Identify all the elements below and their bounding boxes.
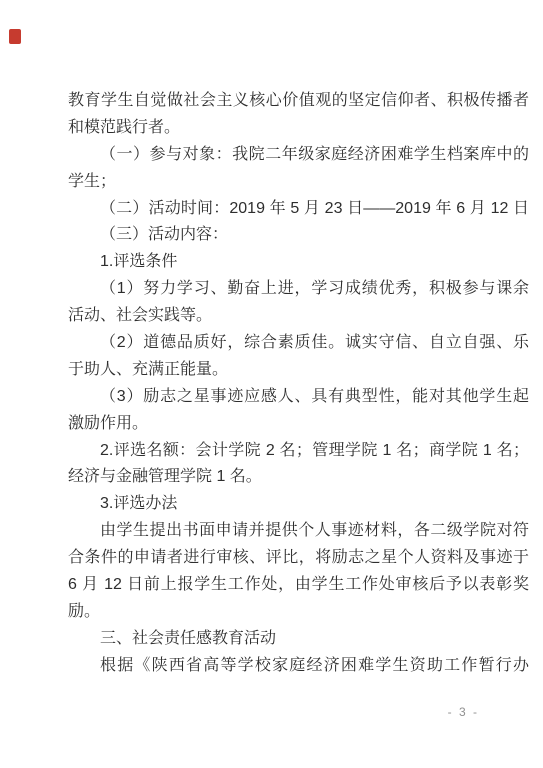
text-line: （1）努力学习、勤奋上进，学习成绩优秀，积极参与课余	[68, 276, 529, 303]
text-line: （2）道德品质好，综合素质佳。诚实守信、自立自强、乐	[68, 330, 529, 357]
text-line: 于助人、充满正能量。	[68, 357, 529, 384]
text-line: 学生；	[68, 169, 529, 196]
text-line: 2.评选名额：会计学院 2 名；管理学院 1 名；商学院 1 名；	[68, 438, 529, 465]
text-line: 激励作用。	[68, 411, 529, 438]
text-line: （一）参与对象：我院二年级家庭经济困难学生档案库中的	[68, 142, 529, 169]
text-line: 和模范践行者。	[68, 115, 529, 142]
text-line: 根据《陕西省高等学校家庭经济困难学生资助工作暂行办	[68, 653, 529, 680]
text-line: 1.评选条件	[68, 249, 529, 276]
document-body: 教育学生自觉做社会主义核心价值观的坚定信仰者、积极传播者 和模范践行者。 （一）…	[68, 88, 529, 680]
text-line: 由学生提出书面申请并提供个人事迹材料，各二级学院对符	[68, 518, 529, 545]
text-line: 活动、社会实践等。	[68, 303, 529, 330]
document-page: 教育学生自觉做社会主义核心价值观的坚定信仰者、积极传播者 和模范践行者。 （一）…	[0, 0, 543, 768]
section-heading: 三、社会责任感教育活动	[68, 626, 529, 653]
text-line: 教育学生自觉做社会主义核心价值观的坚定信仰者、积极传播者	[68, 88, 529, 115]
text-line: 6 月 12 日前上报学生工作处，由学生工作处审核后予以表彰奖	[68, 572, 529, 599]
text-line: 经济与金融管理学院 1 名。	[68, 464, 529, 491]
text-line: 合条件的申请者进行审核、评比，将励志之星个人资料及事迹于	[68, 545, 529, 572]
text-line: （三）活动内容：	[68, 222, 529, 249]
text-line: 3.评选办法	[68, 491, 529, 518]
text-line: （3）励志之星事迹应感人、具有典型性，能对其他学生起	[68, 384, 529, 411]
text-line: （二）活动时间：2019 年 5 月 23 日——2019 年 6 月 12 日	[68, 196, 529, 223]
page-number: - 3 -	[448, 705, 479, 719]
red-stamp-mark-icon	[9, 29, 21, 44]
text-line: 励。	[68, 599, 529, 626]
